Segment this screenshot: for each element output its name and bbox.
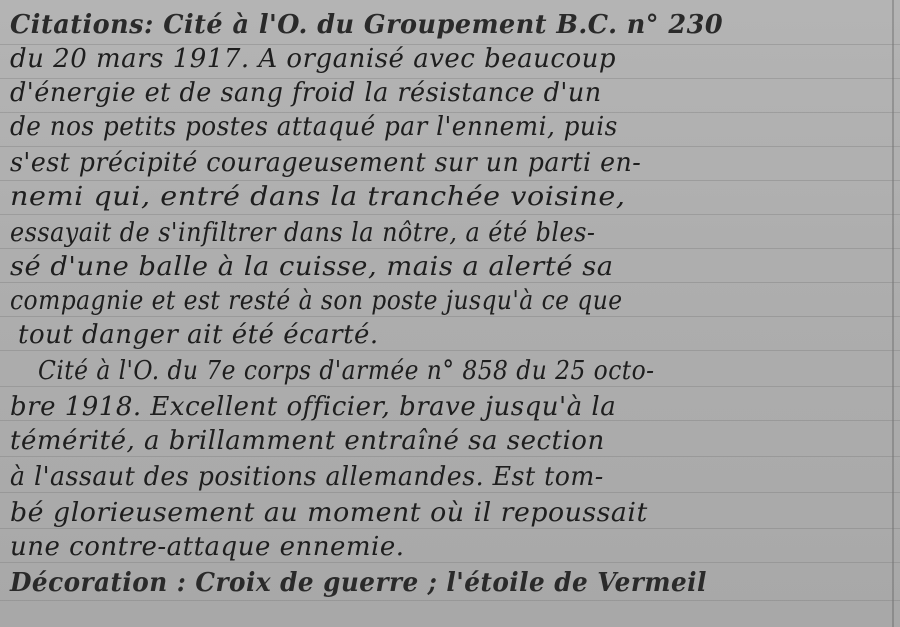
handwritten-line: du 20 mars 1917. A organisé avec beaucou… [10,44,616,74]
ruled-line [0,600,900,601]
handwritten-line: d'énergie et de sang froid la résistance… [10,78,602,108]
ruled-line [0,214,900,215]
handwritten-line-decoration: Décoration : Croix de guerre ; l'étoile … [10,568,707,598]
ruled-line [0,492,900,493]
ruled-line [0,316,900,317]
handwritten-line: essayait de s'infiltrer dans la nôtre, a… [10,218,595,248]
handwritten-line: s'est précipité courageusement sur un pa… [10,148,641,178]
handwritten-line-second-citation: Cité à l'O. du 7e corps d'armée n° 858 d… [38,356,655,386]
page-edge [892,0,894,627]
handwritten-line: nemi qui, entré dans la tranchée voisine… [10,182,625,212]
ruled-line [0,282,900,283]
ruled-line [0,180,900,181]
handwritten-line: sé d'une balle à la cuisse, mais a alert… [10,252,614,282]
handwritten-line-citations-heading: Citations: Cité à l'O. du Groupement B.C… [10,10,723,40]
ruled-line [0,350,900,351]
ruled-line [0,386,900,387]
handwritten-line: tout danger ait été écarté. [18,320,379,350]
handwritten-line: de nos petits postes attaqué par l'ennem… [10,112,618,142]
ruled-line [0,562,900,563]
handwritten-line: à l'assaut des positions allemandes. Est… [10,462,604,492]
ruled-line [0,248,900,249]
handwritten-line: une contre-attaque ennemie. [10,532,404,562]
ruled-line [0,456,900,457]
handwritten-document-page: Citations: Cité à l'O. du Groupement B.C… [0,0,900,627]
handwritten-line: compagnie et est resté à son poste jusqu… [10,286,623,316]
ruled-line [0,528,900,529]
handwritten-line: bre 1918. Excellent officier, brave jusq… [10,392,616,422]
ruled-line [0,146,900,147]
handwritten-line: témérité, a brillamment entraîné sa sect… [10,426,605,456]
handwritten-line: bé glorieusement au moment où il repouss… [10,498,648,528]
